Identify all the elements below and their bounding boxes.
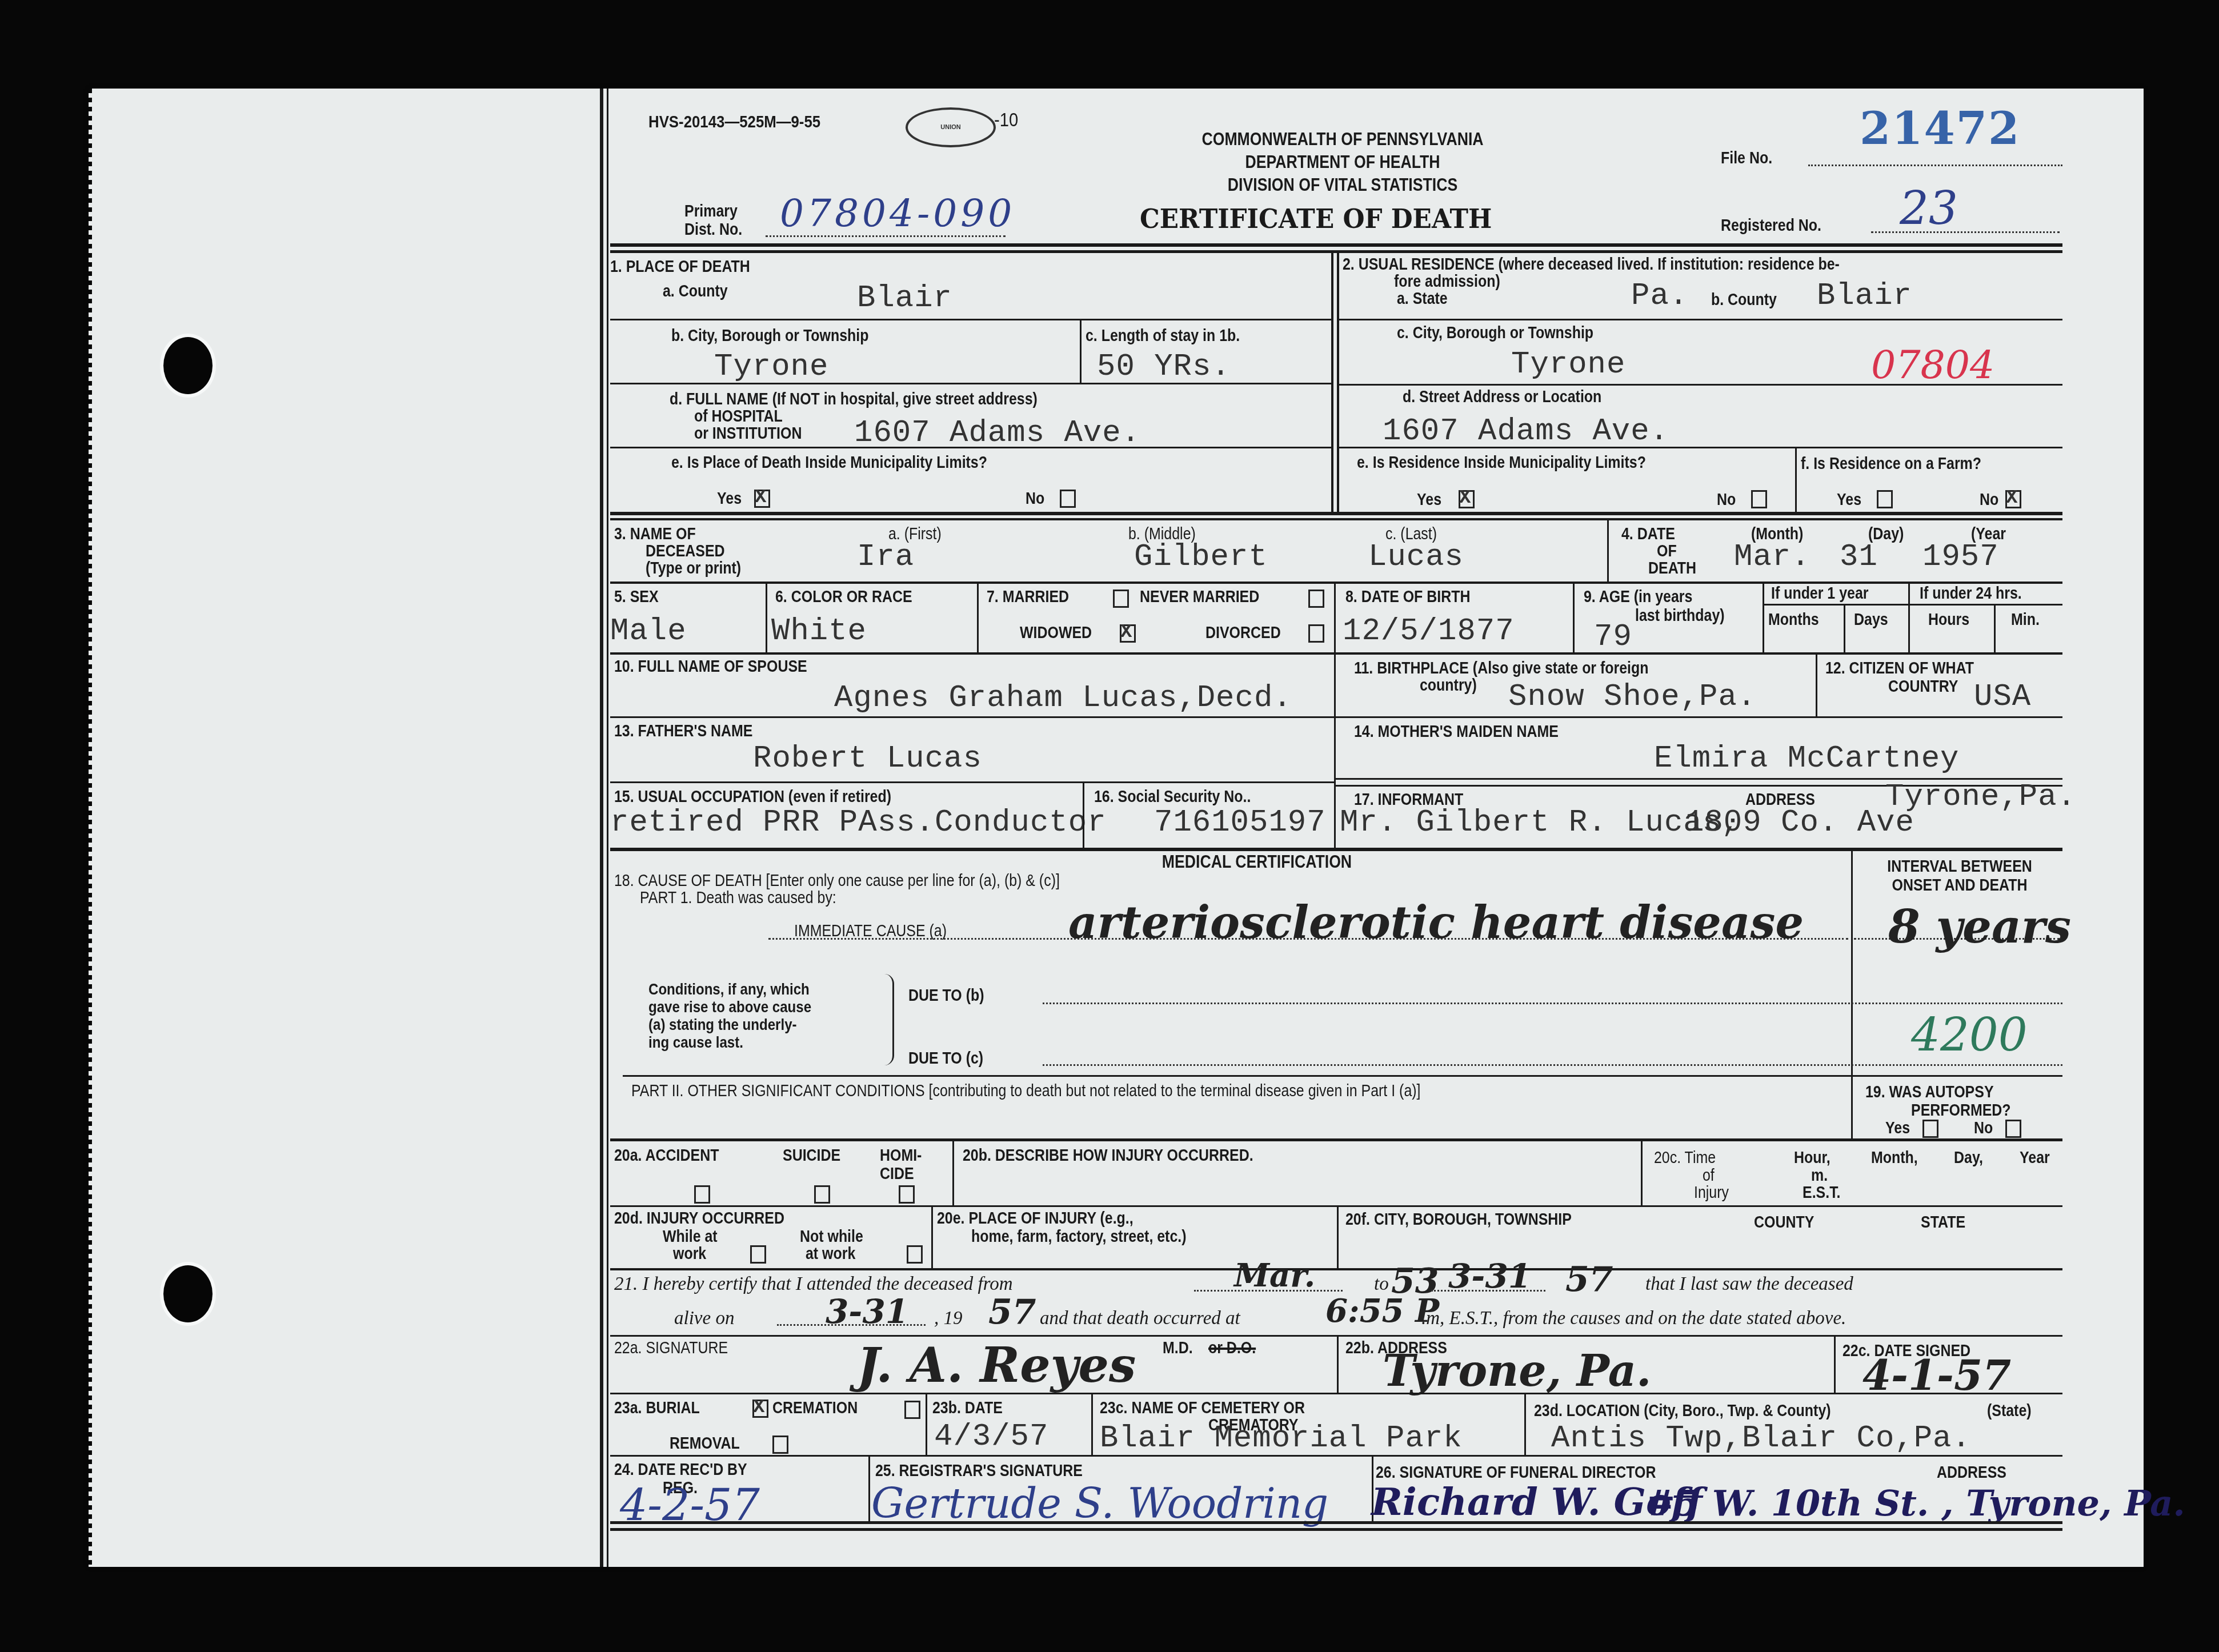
usual-residence-label: 2. USUAL RESIDENCE (where deceased lived… bbox=[1343, 256, 1840, 273]
yes-label: Yes bbox=[1417, 491, 1441, 508]
divider bbox=[1334, 655, 1336, 717]
divider-1-2 bbox=[1331, 253, 1333, 513]
accident-checkbox[interactable] bbox=[694, 1185, 710, 1204]
hours-label: Hours bbox=[1928, 611, 1969, 628]
occupation-value: retired PRR PAss.Conductor bbox=[610, 805, 1107, 840]
usual-residence-label-cont: fore admission) bbox=[1394, 273, 1500, 290]
rule bbox=[610, 716, 2062, 718]
death-inside-limits-yes-checkbox[interactable] bbox=[754, 490, 770, 508]
primary-dist-line bbox=[766, 235, 1006, 237]
dod-year: 1957 bbox=[1922, 540, 1999, 575]
due-to-b-label: DUE TO (b) bbox=[908, 987, 984, 1004]
divider bbox=[1573, 583, 1575, 654]
physician-address: Tyrone, Pa. bbox=[1383, 1345, 1651, 1396]
divorced-checkbox[interactable] bbox=[1308, 624, 1324, 643]
accident-label: 20a. ACCIDENT bbox=[614, 1147, 719, 1164]
citizen-label: 12. CITIZEN OF WHAT bbox=[1825, 660, 1974, 677]
ssn-value: 716105197 bbox=[1154, 805, 1326, 840]
age-label: 9. AGE (in years bbox=[1584, 588, 1692, 606]
not-while-at-work-checkbox[interactable] bbox=[907, 1245, 923, 1264]
suicide-checkbox[interactable] bbox=[814, 1185, 830, 1204]
divider bbox=[1334, 583, 1336, 654]
form-suffix: -10 bbox=[994, 110, 1018, 131]
header-division: DIVISION OF VITAL STATISTICS bbox=[1121, 176, 1564, 195]
primary-dist-value: 07804-090 bbox=[780, 191, 1015, 235]
days-label: Days bbox=[1854, 611, 1888, 628]
under-24h-label: If under 24 hrs. bbox=[1920, 585, 2022, 602]
due-to-c-label: DUE TO (c) bbox=[908, 1050, 983, 1067]
divider bbox=[1091, 1394, 1093, 1456]
form-code: HVS-20143—525M—9-55 bbox=[648, 113, 820, 131]
rule bbox=[1339, 447, 2062, 448]
divider bbox=[1908, 583, 1910, 654]
inside-limits-label: e. Is Place of Death Inside Municipality… bbox=[671, 454, 987, 471]
due-to-c-line bbox=[1043, 1064, 2062, 1066]
rule bbox=[610, 1455, 2062, 1457]
due-to-b-line bbox=[1043, 1003, 2062, 1004]
hour-label: Hour, bbox=[1794, 1149, 1831, 1166]
alive-on-year: 57 bbox=[988, 1292, 1036, 1332]
rule bbox=[623, 1075, 2062, 1077]
divider bbox=[1763, 583, 1764, 654]
yes-label: Yes bbox=[1837, 491, 1861, 508]
date-received-label: 24. DATE REC'D BY bbox=[614, 1461, 747, 1478]
residence-city: Tyrone bbox=[1511, 347, 1625, 382]
divider bbox=[1337, 1337, 1339, 1394]
divider bbox=[1795, 447, 1797, 512]
describe-injury-label: 20b. DESCRIBE HOW INJURY OCCURRED. bbox=[963, 1147, 1253, 1164]
ssn-label: 16. Social Security No.. bbox=[1094, 788, 1251, 805]
certify-text-1: 21. I hereby certify that I attended the… bbox=[614, 1274, 1013, 1295]
street-label: d. Street Address or Location bbox=[1403, 388, 1601, 406]
res-inside-limits-no-checkbox[interactable] bbox=[1751, 490, 1767, 508]
age-value: 79 bbox=[1594, 620, 1632, 655]
widowed-checkbox[interactable] bbox=[1120, 624, 1136, 643]
rule-thick bbox=[610, 848, 2062, 851]
dob-value: 12/5/1877 bbox=[1343, 614, 1515, 649]
mother-value: Elmira McCartney bbox=[1654, 741, 1959, 776]
bottom-rule-2 bbox=[610, 1528, 2062, 1531]
divider bbox=[1844, 604, 1845, 654]
registrar-label: 25. REGISTRAR'S SIGNATURE bbox=[875, 1462, 1083, 1479]
divider bbox=[868, 1457, 870, 1522]
rule bbox=[1339, 319, 2062, 320]
never-married-checkbox[interactable] bbox=[1308, 590, 1324, 608]
form-border-left-inner bbox=[607, 89, 608, 1567]
rule bbox=[1763, 604, 2062, 606]
conditions-label-3: (a) stating the underly- bbox=[648, 1016, 797, 1033]
no-label: No bbox=[1980, 491, 1998, 508]
removal-checkbox[interactable] bbox=[772, 1436, 788, 1454]
year-label: Year bbox=[2020, 1149, 2050, 1166]
binder-hole-bottom bbox=[163, 1265, 213, 1322]
age-label-2: last birthday) bbox=[1635, 607, 1725, 624]
hospital-label-2: of HOSPITAL bbox=[694, 408, 783, 425]
min-label: Min. bbox=[2011, 611, 2040, 628]
informant-address-city: Tyrone,Pa. bbox=[1885, 780, 2076, 815]
burial-date-label: 23b. DATE bbox=[932, 1400, 1003, 1417]
page-title: CERTIFICATE OF DEATH bbox=[1140, 203, 1492, 234]
cremation-checkbox[interactable] bbox=[904, 1401, 920, 1419]
registered-no-label: Registered No. bbox=[1721, 217, 1821, 234]
death-city: Tyrone bbox=[714, 350, 828, 384]
alive-on-text: alive on bbox=[674, 1308, 734, 1329]
file-no-label: File No. bbox=[1721, 150, 1772, 167]
place-of-injury-label-2: home, farm, factory, street, etc.) bbox=[971, 1228, 1187, 1245]
rule bbox=[610, 383, 1331, 384]
res-inside-label: e. Is Residence Inside Municipality Limi… bbox=[1357, 454, 1646, 471]
hospital-label: d. FULL NAME (If NOT in hospital, give s… bbox=[670, 391, 1038, 408]
time-of-injury-label-3: Injury bbox=[1694, 1184, 1729, 1201]
divider bbox=[1607, 520, 1609, 583]
yes-label: Yes bbox=[1885, 1120, 1910, 1137]
res-county-label: b. County bbox=[1711, 291, 1777, 308]
burial-label: 23a. BURIAL bbox=[614, 1400, 700, 1417]
month-label: Month, bbox=[1871, 1149, 1918, 1166]
place-of-injury-label: 20e. PLACE OF INJURY (e.g., bbox=[937, 1210, 1133, 1227]
signature-label: 22a. SIGNATURE bbox=[614, 1340, 728, 1357]
immediate-cause-label: IMMEDIATE CAUSE (a) bbox=[794, 923, 947, 940]
rule bbox=[610, 652, 2062, 655]
city-label: b. City, Borough or Township bbox=[671, 327, 868, 344]
part1-label: PART 1. Death was caused by: bbox=[640, 889, 836, 907]
death-county: Blair bbox=[857, 281, 952, 316]
rule bbox=[610, 781, 1334, 783]
funeral-director-label: 26. SIGNATURE OF FUNERAL DIRECTOR bbox=[1376, 1464, 1656, 1481]
while-at-work-checkbox[interactable] bbox=[750, 1245, 766, 1264]
place-of-death-label: 1. PLACE OF DEATH bbox=[610, 258, 750, 275]
time-of-injury-label-2: of bbox=[1703, 1167, 1715, 1184]
union-seal-icon: UNION bbox=[906, 107, 996, 147]
father-label: 13. FATHER'S NAME bbox=[614, 723, 752, 740]
father-value: Robert Lucas bbox=[753, 741, 982, 776]
never-married-label: NEVER MARRIED bbox=[1140, 588, 1259, 606]
sex-value: Male bbox=[610, 614, 687, 649]
on-farm-no-checkbox[interactable] bbox=[2005, 490, 2021, 508]
death-address: 1607 Adams Ave. bbox=[854, 416, 1140, 451]
nineteen-text: , 19 bbox=[934, 1308, 963, 1329]
state-label: a. State bbox=[1397, 290, 1448, 307]
header-commonwealth: COMMONWEALTH OF PENNSYLVANIA bbox=[1121, 130, 1564, 149]
conditions-label-1: Conditions, if any, which bbox=[648, 981, 810, 997]
autopsy-yes-checkbox[interactable] bbox=[1922, 1120, 1938, 1138]
conditions-label-2: gave rise to above cause bbox=[648, 999, 811, 1015]
name-label-3: (Type or print) bbox=[646, 560, 741, 577]
divider-1-2b bbox=[1337, 253, 1339, 513]
file-no-line bbox=[1808, 165, 2062, 166]
district-code-annotation: 07804 bbox=[1871, 343, 1994, 388]
dob-label: 8. DATE OF BIRTH bbox=[1345, 588, 1470, 606]
rule bbox=[610, 582, 2062, 584]
cemetery-name: Blair Memorial Park bbox=[1100, 1421, 1463, 1456]
divider bbox=[1334, 717, 1336, 849]
dod-label-2: OF bbox=[1657, 543, 1677, 560]
divider bbox=[1851, 851, 1853, 1140]
burial-date: 4/3/57 bbox=[934, 1420, 1048, 1454]
while-at-work-2: work bbox=[673, 1245, 706, 1262]
divider bbox=[1080, 319, 1082, 383]
certify-text-3: .m, E.S.T., from the causes and on the d… bbox=[1421, 1308, 1846, 1329]
funeral-director-address: #5 W. 10th St. , Tyrone, Pa. bbox=[1645, 1482, 2185, 1524]
stay-label: c. Length of stay in 1b. bbox=[1086, 327, 1240, 344]
informant-address-value: 1809 Co. Ave bbox=[1685, 805, 1914, 840]
attended-to-year: 57 bbox=[1565, 1260, 1613, 1300]
primary-dist-label-1: Primary bbox=[684, 203, 738, 220]
spouse-value: Agnes Graham Lucas,Decd. bbox=[834, 681, 1292, 716]
divider bbox=[1834, 1337, 1836, 1394]
burial-checkbox[interactable] bbox=[752, 1400, 768, 1418]
funeral-director-address-label: ADDRESS bbox=[1937, 1464, 2006, 1481]
residence-county: Blair bbox=[1817, 279, 1912, 314]
death-inside-limits-no-checkbox[interactable] bbox=[1060, 490, 1076, 508]
residence-state: Pa. bbox=[1631, 279, 1688, 314]
interval-label-2: ONSET AND DEATH bbox=[1871, 877, 2048, 894]
yes-label: Yes bbox=[717, 490, 742, 507]
certify-text-2: that I last saw the deceased bbox=[1645, 1274, 1853, 1295]
dod-month: Mar. bbox=[1734, 540, 1811, 575]
married-label: 7. MARRIED bbox=[987, 588, 1069, 606]
dod-label-1: 4. DATE bbox=[1621, 526, 1675, 543]
rule bbox=[610, 319, 1331, 320]
name-label-1: 3. NAME OF bbox=[614, 526, 696, 543]
rule bbox=[610, 1268, 2062, 1270]
injury-city-label: 20f. CITY, BOROUGH, TOWNSHIP bbox=[1345, 1211, 1572, 1228]
name-label-2: DECEASED bbox=[646, 543, 725, 560]
rule-thick-2 bbox=[610, 518, 2062, 520]
divider bbox=[977, 583, 979, 652]
rule bbox=[1339, 384, 2062, 386]
interval-value: 8 years bbox=[1888, 900, 2071, 953]
divider bbox=[1337, 1207, 1339, 1270]
divider bbox=[1524, 1394, 1526, 1456]
death-occurred-text: and that death occurred at bbox=[1040, 1308, 1240, 1329]
header-department: DEPARTMENT OF HEALTH bbox=[1121, 153, 1564, 172]
injury-occurred-label: 20d. INJURY OCCURRED bbox=[614, 1210, 784, 1227]
divider bbox=[1994, 604, 1996, 654]
homicide-label-2: CIDE bbox=[880, 1165, 914, 1182]
time-of-injury-label: 20c. Time bbox=[1654, 1149, 1716, 1166]
autopsy-label-1: 19. WAS AUTOPSY bbox=[1865, 1084, 1994, 1101]
homicide-label-1: HOMI- bbox=[880, 1147, 922, 1164]
dod-day: 31 bbox=[1840, 540, 1878, 575]
attended-from-date: Mar. bbox=[1234, 1257, 1315, 1294]
injury-county-label: COUNTY bbox=[1754, 1214, 1814, 1231]
citizen-value: USA bbox=[1974, 680, 2031, 715]
primary-dist-label-2: Dist. No. bbox=[684, 221, 742, 238]
rule bbox=[610, 447, 1331, 448]
deceased-first-name: Ira bbox=[857, 540, 914, 575]
bottom-rule-1 bbox=[610, 1521, 2062, 1524]
spouse-label: 10. FULL NAME OF SPOUSE bbox=[614, 658, 807, 675]
birthplace-value: Snow Shoe,Pa. bbox=[1508, 680, 1756, 715]
residence-street: 1607 Adams Ave. bbox=[1383, 414, 1669, 449]
length-of-stay: 50 YRs. bbox=[1097, 350, 1231, 384]
md-label: M.D. bbox=[1163, 1340, 1193, 1357]
divider bbox=[1083, 783, 1084, 849]
registrar-signature: Gertrude S. Woodring bbox=[871, 1479, 1328, 1527]
header-rule-2 bbox=[610, 250, 2062, 253]
brace bbox=[884, 974, 894, 1065]
rule bbox=[610, 1393, 2062, 1394]
divider bbox=[931, 1207, 933, 1270]
dod-label-3: DEATH bbox=[1648, 560, 1696, 577]
rule bbox=[610, 1205, 2062, 1207]
physician-signature: J. A. Reyes bbox=[857, 1337, 1136, 1393]
m-label: m. bbox=[1811, 1167, 1828, 1184]
on-farm-yes-checkbox[interactable] bbox=[1877, 490, 1893, 508]
form-border-left-outer bbox=[600, 89, 603, 1567]
birthplace-label-2: country) bbox=[1420, 677, 1477, 694]
deceased-last-name: Lucas bbox=[1368, 540, 1464, 575]
divorced-label: DIVORCED bbox=[1205, 624, 1281, 641]
autopsy-no-checkbox[interactable] bbox=[2005, 1120, 2021, 1138]
divider bbox=[1816, 655, 1817, 717]
file-no-stamp: 21472 bbox=[1860, 103, 2020, 155]
no-label: No bbox=[1974, 1120, 1993, 1137]
divider bbox=[952, 1141, 954, 1206]
divider bbox=[766, 583, 767, 652]
est-label: E.S.T. bbox=[1803, 1184, 1841, 1201]
while-at-work-1: While at bbox=[663, 1228, 718, 1245]
occupation-label: 15. USUAL OCCUPATION (even if retired) bbox=[614, 788, 891, 805]
mother-label: 14. MOTHER'S MAIDEN NAME bbox=[1354, 723, 1559, 740]
deceased-middle-name: Gilbert bbox=[1134, 540, 1268, 575]
burial-state-label: (State) bbox=[1987, 1402, 2032, 1420]
burial-location-label: 23d. LOCATION (City, Boro., Twp. & Count… bbox=[1534, 1402, 1831, 1420]
citizen-label-2: COUNTRY bbox=[1888, 678, 1958, 695]
attended-to-date: 3-31 bbox=[1448, 1257, 1531, 1296]
rule bbox=[610, 1335, 2062, 1337]
birthplace-label: 11. BIRTHPLACE (Also give state or forei… bbox=[1354, 660, 1649, 677]
autopsy-label-2: PERFORMED? bbox=[1911, 1102, 2011, 1119]
interval-label-1: INTERVAL BETWEEN bbox=[1871, 858, 2048, 875]
alive-on-date: 3-31 bbox=[826, 1292, 908, 1331]
rule-thick bbox=[610, 1138, 2062, 1141]
not-while-at-work-2: at work bbox=[806, 1245, 855, 1262]
code-annotation: 4200 bbox=[1911, 1008, 2028, 1061]
injury-state-label: STATE bbox=[1921, 1214, 1965, 1231]
suicide-label: SUICIDE bbox=[783, 1147, 840, 1164]
res-city-label: c. City, Borough or Township bbox=[1397, 324, 1593, 342]
months-label: Months bbox=[1768, 611, 1819, 628]
widowed-label: WIDOWED bbox=[1020, 624, 1092, 641]
part2-label: PART II. OTHER SIGNIFICANT CONDITIONS [c… bbox=[631, 1082, 1420, 1100]
hospital-label-3: or INSTITUTION bbox=[694, 425, 802, 442]
perforated-edge bbox=[89, 89, 92, 1567]
cemetery-label: 23c. NAME OF CEMETERY OR bbox=[1100, 1400, 1305, 1417]
divider bbox=[926, 1394, 927, 1456]
conditions-label-4: ing cause last. bbox=[648, 1034, 743, 1050]
county-label: a. County bbox=[663, 283, 728, 300]
cremation-label: CREMATION bbox=[772, 1400, 858, 1417]
farm-label: f. Is Residence on a Farm? bbox=[1801, 455, 1981, 472]
immediate-cause-value: arteriosclerotic heart disease bbox=[1068, 897, 1804, 949]
burial-location: Antis Twp,Blair Co,Pa. bbox=[1551, 1421, 1971, 1456]
race-value: White bbox=[771, 614, 867, 649]
rule-thick bbox=[610, 512, 2062, 515]
married-checkbox[interactable] bbox=[1113, 590, 1129, 608]
binder-hole-top bbox=[163, 337, 213, 394]
removal-label: REMOVAL bbox=[670, 1435, 740, 1452]
race-label: 6. COLOR OR RACE bbox=[775, 588, 912, 606]
no-label: No bbox=[1717, 491, 1736, 508]
under-1yr-label: If under 1 year bbox=[1771, 585, 1868, 602]
cause-of-death-label: 18. CAUSE OF DEATH [Enter only one cause… bbox=[614, 872, 1060, 889]
do-label-struck: or D.O. bbox=[1208, 1340, 1256, 1357]
registered-no-value: 23 bbox=[1900, 182, 1958, 235]
day-label: Day, bbox=[1954, 1149, 1983, 1166]
res-inside-limits-yes-checkbox[interactable] bbox=[1459, 490, 1475, 508]
sex-label: 5. SEX bbox=[614, 588, 659, 606]
divider bbox=[1641, 1141, 1643, 1206]
not-while-at-work-1: Not while bbox=[800, 1228, 863, 1245]
homicide-checkbox[interactable] bbox=[899, 1185, 915, 1204]
no-label: No bbox=[1026, 490, 1044, 507]
header-rule-1 bbox=[610, 243, 2062, 247]
medical-certification-heading: MEDICAL CERTIFICATION bbox=[1109, 853, 1404, 872]
informant-value: Mr. Gilbert R. Lucas, bbox=[1340, 805, 1741, 840]
